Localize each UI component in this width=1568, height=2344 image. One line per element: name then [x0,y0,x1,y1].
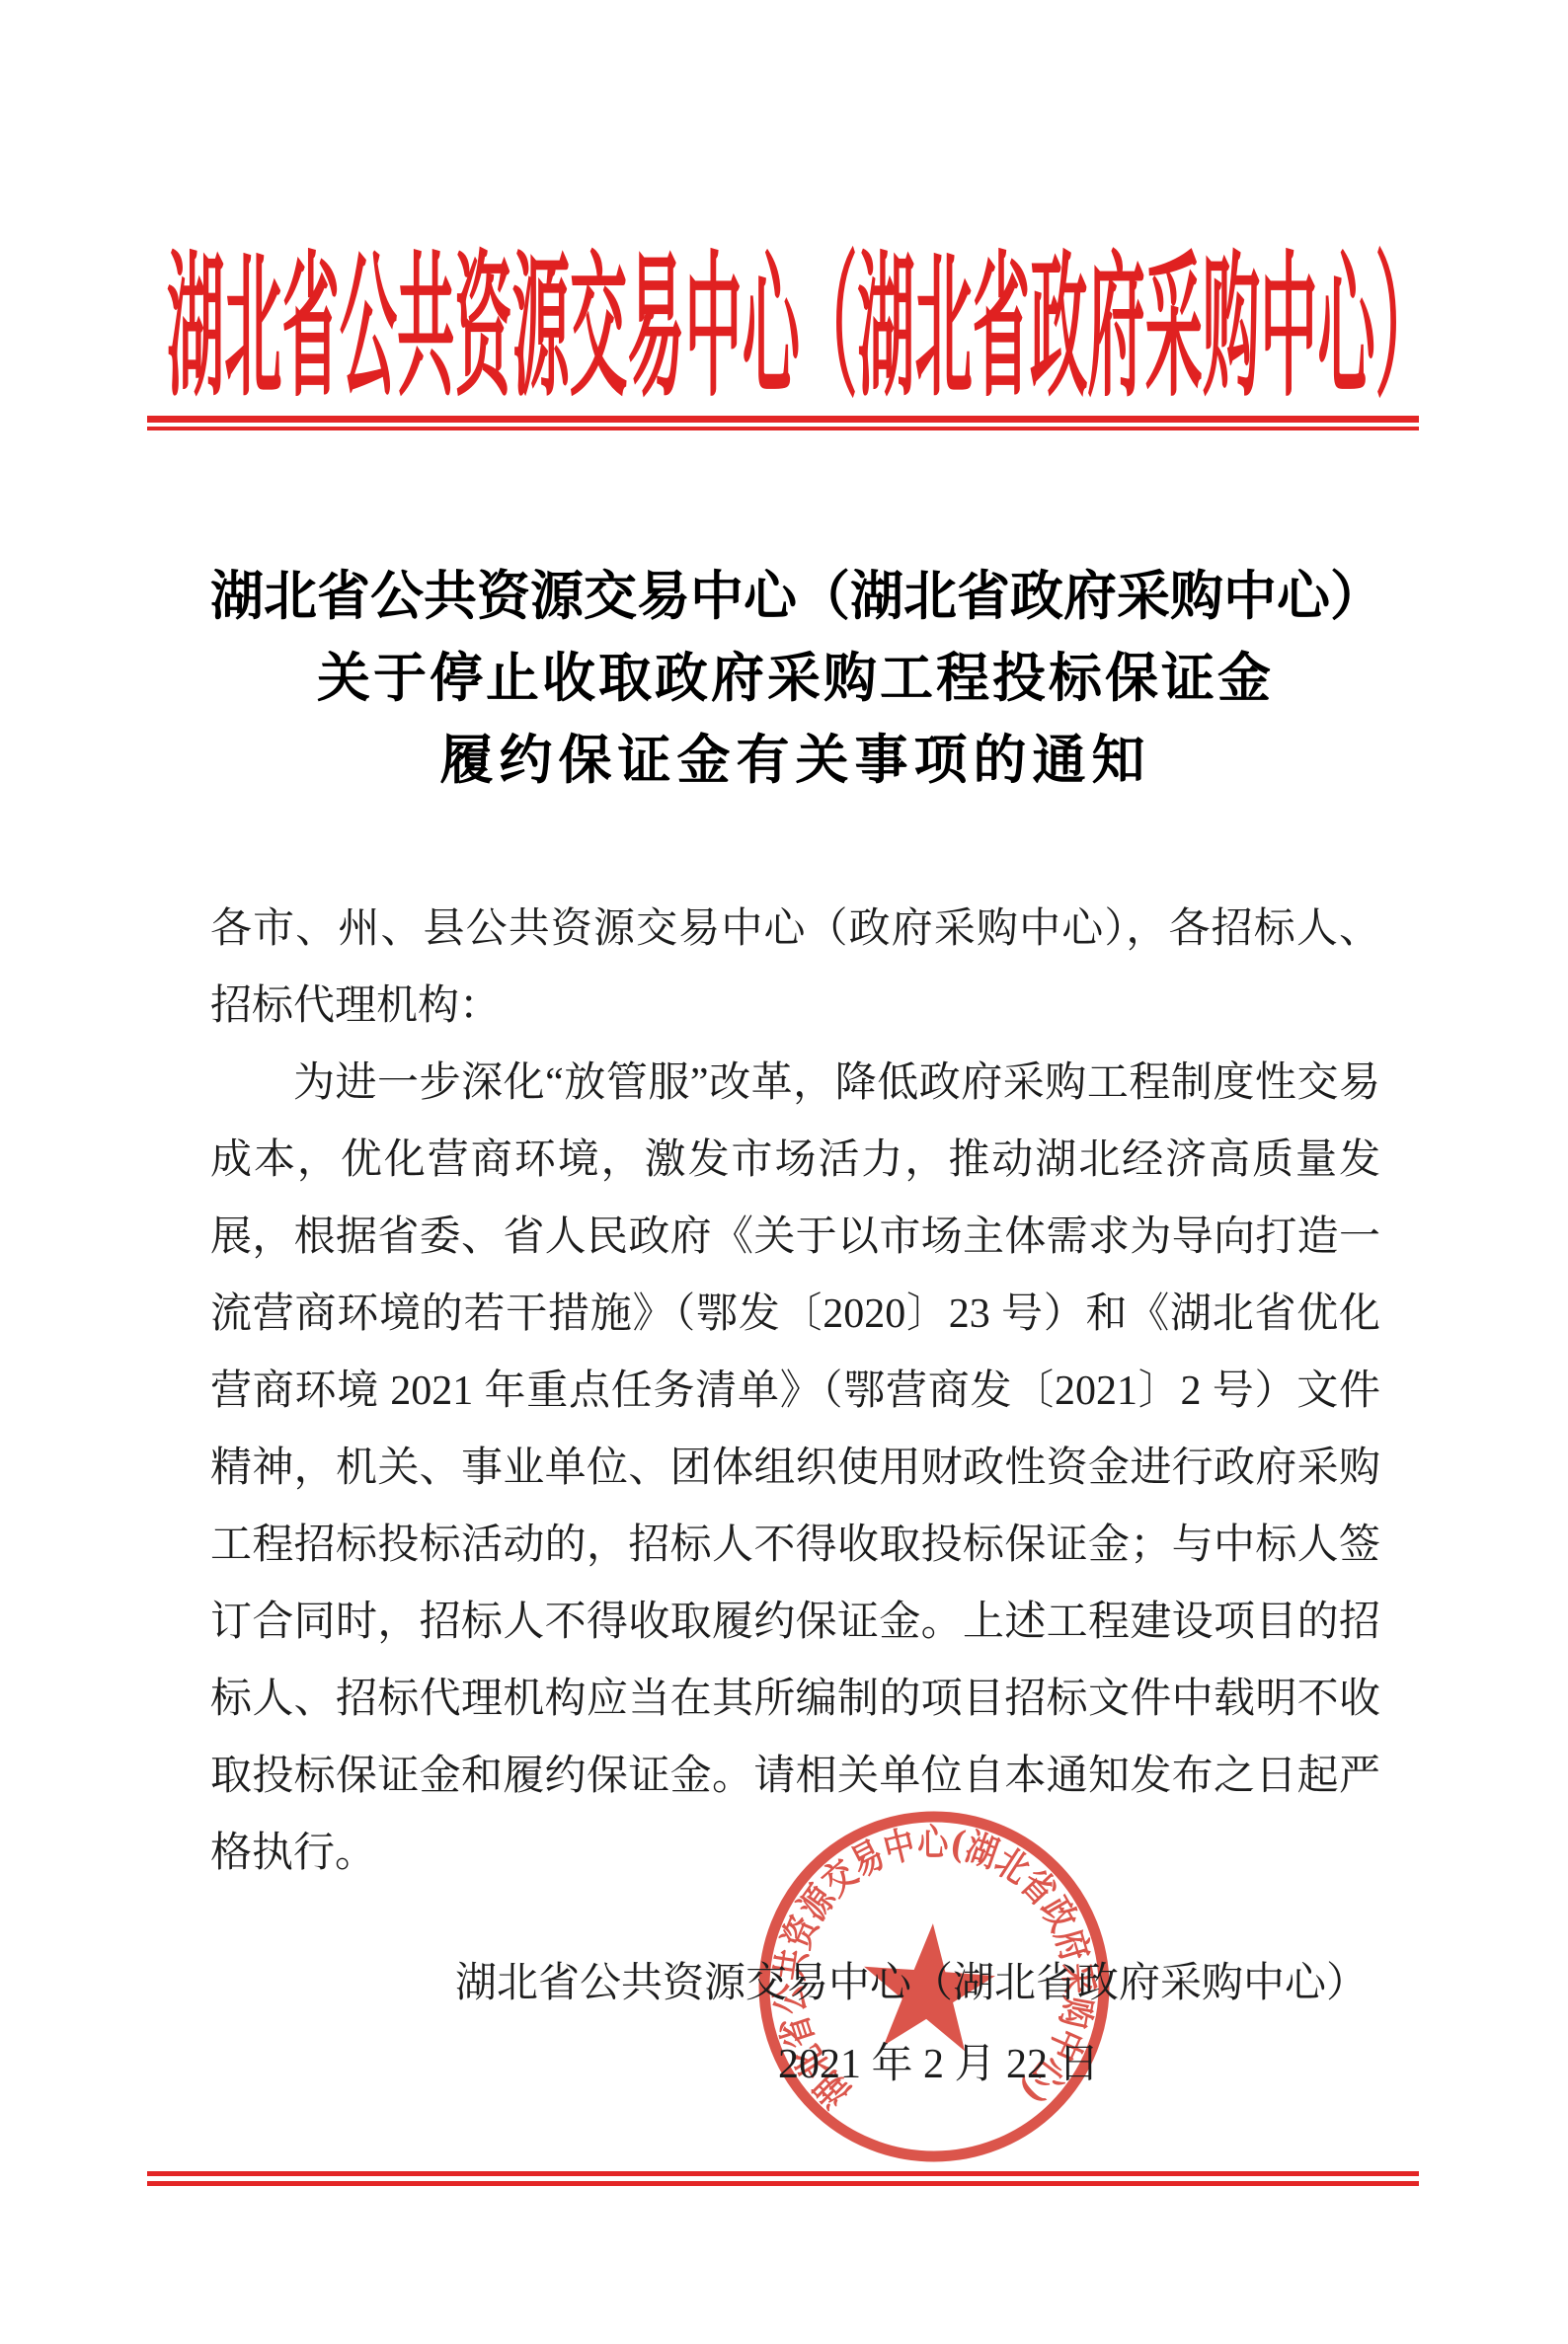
salutation: 各市、州、县公共资源交易中心（政府采购中心），各招标人、招标代理机构： [210,891,1380,1045]
footer-rule-2 [147,2181,1419,2186]
signature-org: 湖北省公共资源交易中心（湖北省政府采购中心） [210,1945,1368,2022]
main-paragraph: 为进一步深化“放管服”改革，降低政府采购工程制度性交易成本，优化营商环境，激发市… [210,1045,1380,1892]
document-title-line3: 履约保证金有关事项的通知 [210,719,1380,801]
letterhead-org-name: 湖北省公共资源交易中心（湖北省政府采购中心） [167,236,1433,412]
letterhead: 湖北省公共资源交易中心（湖北省政府采购中心） [0,229,1568,412]
letterhead-rule-thick [147,416,1419,423]
letterhead-rule-thin [147,427,1419,430]
body-text: 各市、州、县公共资源交易中心（政府采购中心），各招标人、招标代理机构： 为进一步… [210,891,1380,1892]
official-notice-page: 湖北省公共资源交易中心（湖北省政府采购中心） 湖北省公共资源交易中心（湖北省政府… [0,0,1568,2344]
document-title: 湖北省公共资源交易中心（湖北省政府采购中心） 关于停止收取政府采购工程投标保证金… [210,555,1380,801]
signature-date: 2021 年 2 月 22 日 [778,2026,1100,2103]
document-title-line2: 关于停止收取政府采购工程投标保证金 [210,637,1380,719]
document-title-line1: 湖北省公共资源交易中心（湖北省政府采购中心） [210,555,1380,637]
